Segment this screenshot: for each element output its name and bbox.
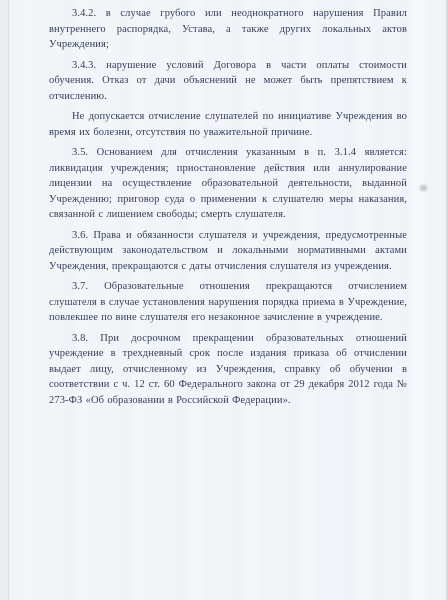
paragraph-3-4-3: 3.4.3. нарушение условий Договора в част… [49,58,407,105]
document-page: 3.4.2. в случае грубого или неоднократно… [0,0,448,600]
paragraph-3-7: 3.7. Образовательные отношения прекращаю… [49,279,407,326]
paragraph-3-4-2: 3.4.2. в случае грубого или неоднократно… [49,6,407,53]
scan-artifact-speck [420,185,427,191]
document-text-block: 3.4.2. в случае грубого или неоднократно… [49,6,407,413]
paragraph-3-8: 3.8. При досрочном прекращении образоват… [49,331,407,409]
paragraph-3-5: 3.5. Основанием для отчисления указанным… [49,145,407,223]
paragraph-3-6: 3.6. Права и обязанности слушателя и учр… [49,228,407,275]
scan-edge-left [0,0,9,600]
paragraph-note-no-expulsion: Не допускается отчисление слушателей по … [49,109,407,140]
